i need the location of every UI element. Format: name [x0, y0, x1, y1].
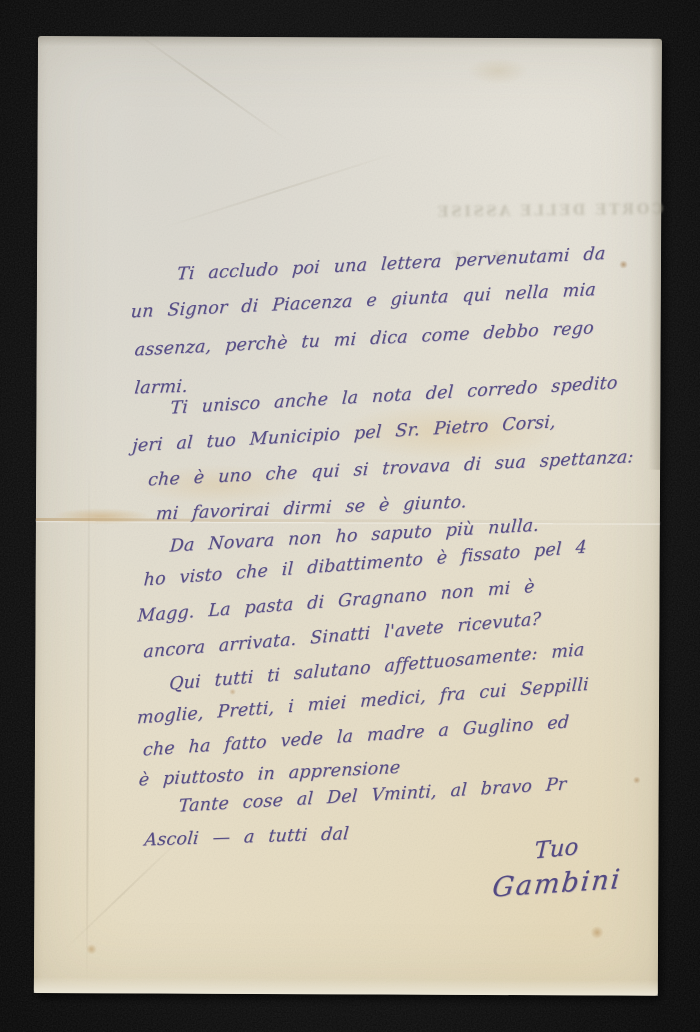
handwriting-line: jeri al tuo Municipio pel Sr. Pietro Cor… — [132, 412, 557, 456]
handwriting-line: che è uno che qui si trovava di sua spet… — [147, 447, 634, 490]
handwriting-line: assenza, perchè tu mi dica come debbo re… — [134, 318, 595, 360]
handwriting-line: mi favorirai dirmi se è giunto. — [155, 492, 468, 524]
letter-page: CORTE DELLE ASSISE G · M · F Ti accludo … — [34, 36, 662, 996]
signature-closing: Tuo — [534, 834, 579, 865]
handwriting-line: Ascoli — a tutti dal — [144, 824, 350, 850]
handwriting-line: un Signor di Piacenza e giunta qui nella… — [130, 280, 597, 322]
handwriting-line: Ti accludo poi una lettera pervenutami d… — [176, 244, 606, 285]
right-edge-shadow — [648, 39, 662, 470]
handwriting-line: larmi. — [134, 377, 189, 399]
photo-frame: CORTE DELLE ASSISE G · M · F Ti accludo … — [0, 0, 700, 1032]
worn-bottom-edge — [34, 977, 658, 996]
